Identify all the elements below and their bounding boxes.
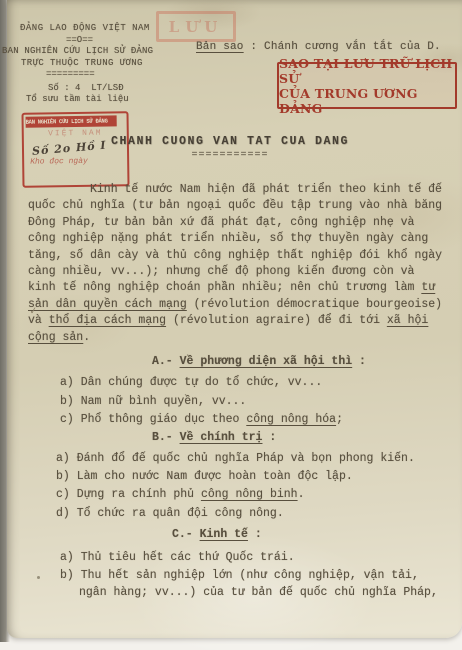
letterhead-department: BAN NGHIÊN CỨU LỊCH SỬ ĐẢNG [2, 46, 153, 58]
item-suffix: . [298, 488, 305, 501]
document-title: CHANH CUONG VAN TAT CUA DANG [90, 135, 370, 148]
section-a-label: A.- [152, 355, 180, 368]
luu-stamp-label: LƯU [169, 18, 224, 36]
list-item: a) Thủ tiêu hết các thứ Quốc trái. [60, 549, 442, 567]
section-b-suffix: : [262, 431, 276, 444]
section-b-label: B.- [152, 431, 180, 444]
list-item: b) Thu hết sản nghiệp lớn (như công nghi… [60, 567, 442, 602]
section-a-items: a) Dân chúng được tự do tổ chức, vv... b… [60, 374, 452, 430]
document-number: Số : 4 LT/LSĐ [48, 83, 153, 95]
faint-luu-stamp: LƯU [156, 11, 236, 42]
item-text: a) Dân chúng được tự do tổ chức, vv... [60, 376, 322, 389]
archive-stamp-line1: SAO TẠI LƯU TRỮ LỊCH SỬ [279, 56, 455, 86]
section-b-heading: B.- Về chính trị : [152, 431, 276, 444]
item-text: d) Tổ chức ra quân đội công nông. [56, 507, 284, 520]
list-item: a) Dân chúng được tự do tổ chức, vv... [60, 374, 452, 393]
title-underline: =========== [90, 150, 370, 161]
section-c-label: C.- [172, 528, 200, 541]
section-a-title: Về phương diện xã hội thì [180, 355, 353, 368]
intro-text-1: Kinh tế nước Nam hiện đã phát triển theo… [28, 183, 442, 294]
list-item: c) Phổ thông giáo dục theo công nông hóa… [60, 411, 452, 430]
copy-note-label: Bản sao [196, 41, 244, 53]
section-a-heading: A.- Về phương diện xã hội thì : [152, 355, 366, 368]
ink-speck [37, 576, 40, 579]
archive-stamp: SAO TẠI LƯU TRỮ LỊCH SỬ CỦA TRUNG ƯƠNG Đ… [277, 62, 457, 109]
item-text: b) Nam nữ bình quyền, vv... [60, 395, 246, 408]
archive-stamp-line2: CỦA TRUNG ƯƠNG ĐẢNG [279, 86, 455, 116]
section-b-title: Về chính trị [180, 431, 263, 444]
item-text: b) Làm cho nước Nam được hoàn toàn độc l… [56, 470, 353, 483]
intro-underlined-2: thổ địa cách mạng [49, 314, 166, 327]
letterhead: ĐẢNG LAO ĐỘNG VIỆT NAM ==O== BAN NGHIÊN … [0, 23, 153, 106]
section-c-heading: C.- Kinh tế : [172, 528, 262, 541]
letterhead-separator: ==O== [66, 35, 153, 47]
section-c-items: a) Thủ tiêu hết các thứ Quốc trái. b) Th… [60, 549, 442, 602]
title-block: CHANH CUONG VAN TAT CUA DANG =========== [90, 135, 370, 161]
item-suffix: ; [336, 413, 343, 426]
item-text: a) Đánh đổ đế quốc chủ nghĩa Pháp và bọn… [56, 452, 415, 465]
item-underlined: công nông binh [201, 488, 298, 501]
list-item: c) Dựng ra chính phủ công nông binh. [56, 486, 452, 504]
intro-text-4: . [83, 331, 90, 344]
list-item: b) Làm cho nước Nam được hoàn toàn độc l… [56, 468, 452, 486]
copy-note: Bản sao : Chánh cương vắn tắt của D. [196, 41, 441, 53]
letterhead-affiliation: TRỰC THUỘC TRUNG ƯƠNG [21, 58, 153, 70]
item-text: a) Thủ tiêu hết các thứ Quốc trái. [60, 551, 295, 564]
item-underlined: công nông hóa [246, 413, 336, 426]
list-item: b) Nam nữ bình quyền, vv... [60, 393, 452, 412]
section-c-suffix: : [248, 528, 262, 541]
item-text: c) Phổ thông giáo dục theo [60, 413, 246, 426]
list-item: d) Tổ chức ra quân đội công nông. [56, 505, 452, 523]
intro-paragraph: Kinh tế nước Nam hiện đã phát triển theo… [28, 182, 446, 346]
item-text: b) Thu hết sản nghiệp lớn (như công nghi… [60, 569, 438, 600]
copy-note-text: : Chánh cương vắn tắt của D. [244, 41, 441, 53]
section-c-title: Kinh tế [200, 528, 248, 541]
section-a-suffix: : [352, 355, 366, 368]
section-b-items: a) Đánh đổ đế quốc chủ nghĩa Pháp và bọn… [56, 450, 452, 523]
intro-text-3: (révolution agraire) để đi tới [166, 314, 387, 327]
letterhead-divider: ========= [46, 69, 153, 81]
collecting-unit: Tổ sưu tầm tài liệu [26, 94, 153, 106]
scanned-document-page: ĐẢNG LAO ĐỘNG VIỆT NAM ==O== BAN NGHIÊN … [0, 0, 462, 650]
item-text: c) Dựng ra chính phủ [56, 488, 201, 501]
office-stamp-header: BAN NGHIÊN CỨU LỊCH SỬ ĐẢNG [26, 115, 117, 127]
list-item: a) Đánh đổ đế quốc chủ nghĩa Pháp và bọn… [56, 450, 452, 468]
letterhead-org-name: ĐẢNG LAO ĐỘNG VIỆT NAM [20, 23, 153, 35]
